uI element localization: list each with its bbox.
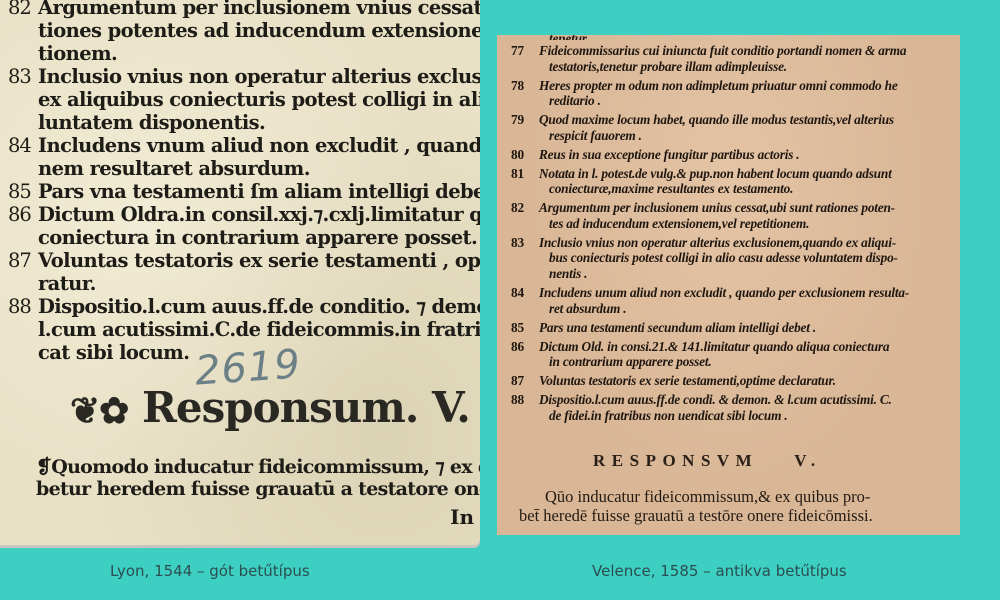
list-item: 80 Reus in sua exceptione fungitur parti… bbox=[497, 147, 909, 163]
velence-1585-page-scan: tenetur. 77 Fideicommissarius cui iniunc… bbox=[497, 35, 960, 535]
entry-line: luntatem disponentis. bbox=[38, 111, 480, 134]
list-item: 85 Pars vna testamenti ſm aliam intellig… bbox=[0, 180, 480, 203]
entry-number: 86 bbox=[511, 339, 524, 355]
list-item: 86 Dictum Oldra.in consil.xxj.⁊.cxlj.lim… bbox=[0, 203, 480, 249]
entry-line: tes ad inducendum extensionem,vel repeti… bbox=[539, 216, 909, 232]
entry-line: Quod maxime locum habet, quando ille mod… bbox=[539, 112, 894, 127]
cut-off-line: tenetur. bbox=[497, 35, 909, 40]
entry-line: coniecturæ,maxime resultantes ex testame… bbox=[539, 181, 909, 197]
entry-line: coniectura in contrarium apparere posset… bbox=[38, 226, 480, 249]
list-item: 86 Dictum Old. in consi.21.& 141.limitat… bbox=[497, 339, 909, 370]
entry-line: Inclusio vnius non operatur alterius exc… bbox=[38, 65, 480, 88]
entry-line: Voluntas testatoris ex serie testamenti,… bbox=[539, 373, 836, 388]
entry-number: 85 bbox=[511, 320, 524, 336]
entry-number: 79 bbox=[511, 112, 524, 128]
responsum-intro: Qūo inducatur fideicommissum,& ex quibus… bbox=[497, 487, 937, 525]
entry-line: ex aliquibus coniecturis potest colligi … bbox=[38, 88, 480, 111]
responsum-heading: RESPONSVMV. bbox=[593, 451, 822, 471]
entry-number: 77 bbox=[511, 43, 524, 59]
entry-line: Pars vna testamenti ſm aliam intelligi d… bbox=[38, 180, 480, 203]
caption-lyon: Lyon, 1544 – gót betűtípus bbox=[110, 562, 310, 580]
floral-ornament-icon: ❦✿ bbox=[70, 390, 128, 432]
list-item: 81 Notata in l. potest.de vulg.& pup.non… bbox=[497, 166, 909, 197]
list-item: 84 Includens unum aliud non excludit , q… bbox=[497, 285, 909, 316]
entry-line: Notata in l. potest.de vulg.& pup.non ha… bbox=[539, 166, 892, 181]
list-item: 83 Inclusio vnius non operatur alterius … bbox=[0, 65, 480, 134]
entry-number: 78 bbox=[511, 78, 524, 94]
intro-line: bet̄ heredē fuisse grauatū a testōre one… bbox=[497, 506, 937, 525]
entry-number: 83 bbox=[8, 65, 31, 88]
entry-line: Fideicommissarius cui iniuncta fuit cond… bbox=[539, 43, 906, 58]
entry-line: Argumentum per inclusionem vnius cessat … bbox=[38, 0, 480, 19]
entry-line: tiones potentes ad inducendum extensione… bbox=[38, 19, 480, 42]
list-item: 78 Heres propter m odum non adimpletum p… bbox=[497, 78, 909, 109]
list-item: 82 Argumentum per inclusionem vnius cess… bbox=[0, 0, 480, 65]
entry-number: 88 bbox=[511, 392, 524, 408]
heading-text: RESPONSVM bbox=[593, 451, 758, 470]
entry-line: Reus in sua exceptione fungitur partibus… bbox=[539, 147, 799, 162]
heading-number: V. bbox=[794, 451, 821, 470]
entry-line: Voluntas testatoris ex serie testamenti … bbox=[38, 249, 480, 272]
entry-line: Includens vnum aliud non excludit , quan… bbox=[38, 134, 480, 157]
caption-velence: Velence, 1585 – antikva betűtípus bbox=[592, 562, 847, 580]
entry-number: 81 bbox=[511, 166, 524, 182]
entry-line: Argumentum per inclusionem unius cessat,… bbox=[539, 200, 895, 215]
list-item: 84 Includens vnum aliud non excludit , q… bbox=[0, 134, 480, 180]
responsum-intro: ❡Quomodo inducatur fideicommissum, ⁊ ex … bbox=[36, 456, 480, 500]
entry-number: 87 bbox=[511, 373, 524, 389]
entry-line: l.cum acutissimi.C.de fideicommis.in fra… bbox=[38, 318, 480, 341]
list-item: 83 Inclusio vnius non operatur alterius … bbox=[497, 235, 909, 282]
entry-line: Dictum Old. in consi.21.& 141.limitatur … bbox=[539, 339, 889, 354]
gothic-entry-list: 82 Argumentum per inclusionem vnius cess… bbox=[0, 0, 480, 364]
entry-line: Dispositio.l.cum auus.ff.de conditio. ⁊ … bbox=[38, 295, 480, 318]
entry-number: 80 bbox=[511, 147, 524, 163]
entry-number: 87 bbox=[8, 249, 31, 272]
intro-line: ❡Quomodo inducatur fideicommissum, ⁊ ex … bbox=[36, 456, 480, 478]
heading-text: Responsum. V. bbox=[142, 383, 470, 432]
entry-number: 82 bbox=[8, 0, 31, 19]
intro-line: betur heredem fuisse grauatū a testatore… bbox=[36, 478, 480, 500]
antiqua-entry-list: tenetur. 77 Fideicommissarius cui iniunc… bbox=[497, 37, 909, 427]
entry-line: Includens unum aliud non excludit , quan… bbox=[539, 285, 909, 300]
entry-number: 84 bbox=[511, 285, 524, 301]
list-item: 87 Voluntas testatoris ex serie testamen… bbox=[497, 373, 909, 389]
entry-line: in contrarium apparere posset. bbox=[539, 354, 909, 370]
list-item: 85 Pars una testamenti secundum aliam in… bbox=[497, 320, 909, 336]
list-item: 88 Dispositio.l.cum auus.ff.de condi. & … bbox=[497, 392, 909, 423]
intro-line: Qūo inducatur fideicommissum,& ex quibus… bbox=[497, 487, 937, 506]
catchword: In bbox=[450, 505, 474, 529]
entry-line: nem resultaret absurdum. bbox=[38, 157, 480, 180]
entry-line: bus coniecturis potest colligi in alio c… bbox=[539, 250, 909, 266]
entry-line: testatoris,tenetur probare illam adimple… bbox=[539, 59, 909, 75]
entry-number: 85 bbox=[8, 180, 31, 203]
entry-line: nentis . bbox=[539, 266, 909, 282]
entry-line: Heres propter m odum non adimpletum priu… bbox=[539, 78, 898, 93]
entry-line: ret absurdum . bbox=[539, 301, 909, 317]
entry-line: Dictum Oldra.in consil.xxj.⁊.cxlj.limita… bbox=[38, 203, 480, 226]
responsum-heading: ❦✿ Responsum. V. ✿ bbox=[70, 383, 480, 432]
lyon-1544-page-scan: 82 Argumentum per inclusionem vnius cess… bbox=[0, 0, 480, 545]
list-item: 87 Voluntas testatoris ex serie testamen… bbox=[0, 249, 480, 295]
entry-line: Inclusio vnius non operatur alterius exc… bbox=[539, 235, 896, 250]
entry-line: tionem. bbox=[38, 42, 480, 65]
entry-number: 82 bbox=[511, 200, 524, 216]
entry-line: Pars una testamenti secundum aliam intel… bbox=[539, 320, 816, 335]
list-item: 79 Quod maxime locum habet, quando ille … bbox=[497, 112, 909, 143]
entry-line: reditario . bbox=[539, 93, 909, 109]
entry-line: respicit fauorem . bbox=[539, 128, 909, 144]
entry-number: 88 bbox=[8, 295, 31, 318]
entry-number: 83 bbox=[511, 235, 524, 251]
entry-number: 86 bbox=[8, 203, 31, 226]
list-item: 82 Argumentum per inclusionem unius cess… bbox=[497, 200, 909, 231]
entry-line: Dispositio.l.cum auus.ff.de condi. & dem… bbox=[539, 392, 892, 407]
entry-line: de fidei.in fratribus non uendicat sibi … bbox=[539, 408, 909, 424]
list-item: 77 Fideicommissarius cui iniuncta fuit c… bbox=[497, 43, 909, 74]
entry-line: ratur. bbox=[38, 272, 480, 295]
entry-number: 84 bbox=[8, 134, 31, 157]
